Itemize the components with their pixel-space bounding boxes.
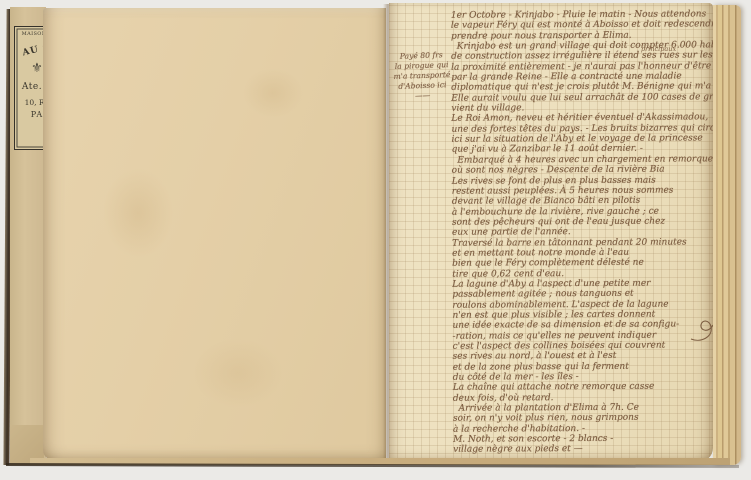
foxing-stain — [193, 338, 283, 408]
handwriting-line: le vapeur Féry qui est monté à Aboisso e… — [451, 20, 713, 32]
pen-flourish-mark — [689, 315, 713, 345]
scanned-journal-page: { "colors": { "background": "#ebeae7", "… — [0, 0, 751, 480]
handwriting-line: village nègre aux pieds et — — [453, 444, 713, 456]
journal-text-block: 1er Octobre - Krinjabo - Pluie le matin … — [451, 9, 713, 455]
margin-note-line: d'Aboisso ici —— — [391, 80, 454, 102]
left-blank-page — [43, 8, 386, 460]
handwriting-line: une idée exacte de sa dimension et de sa… — [452, 320, 713, 332]
page-edge-stack — [713, 5, 741, 465]
right-manuscript-page: Payé 80 frsla pirogue quim'a transportéd… — [389, 3, 713, 462]
foxing-stain — [103, 168, 173, 258]
book-bottom-shadow — [6, 463, 739, 468]
foxing-stain — [243, 68, 303, 118]
handwriting-line: Elle aurait voulu que lui seul arrachât … — [451, 92, 713, 104]
margin-note: Payé 80 frsla pirogue quim'a transportéd… — [390, 50, 454, 102]
handwriting-line: Traversé la barre en tâtonnant pendant 2… — [452, 237, 713, 249]
